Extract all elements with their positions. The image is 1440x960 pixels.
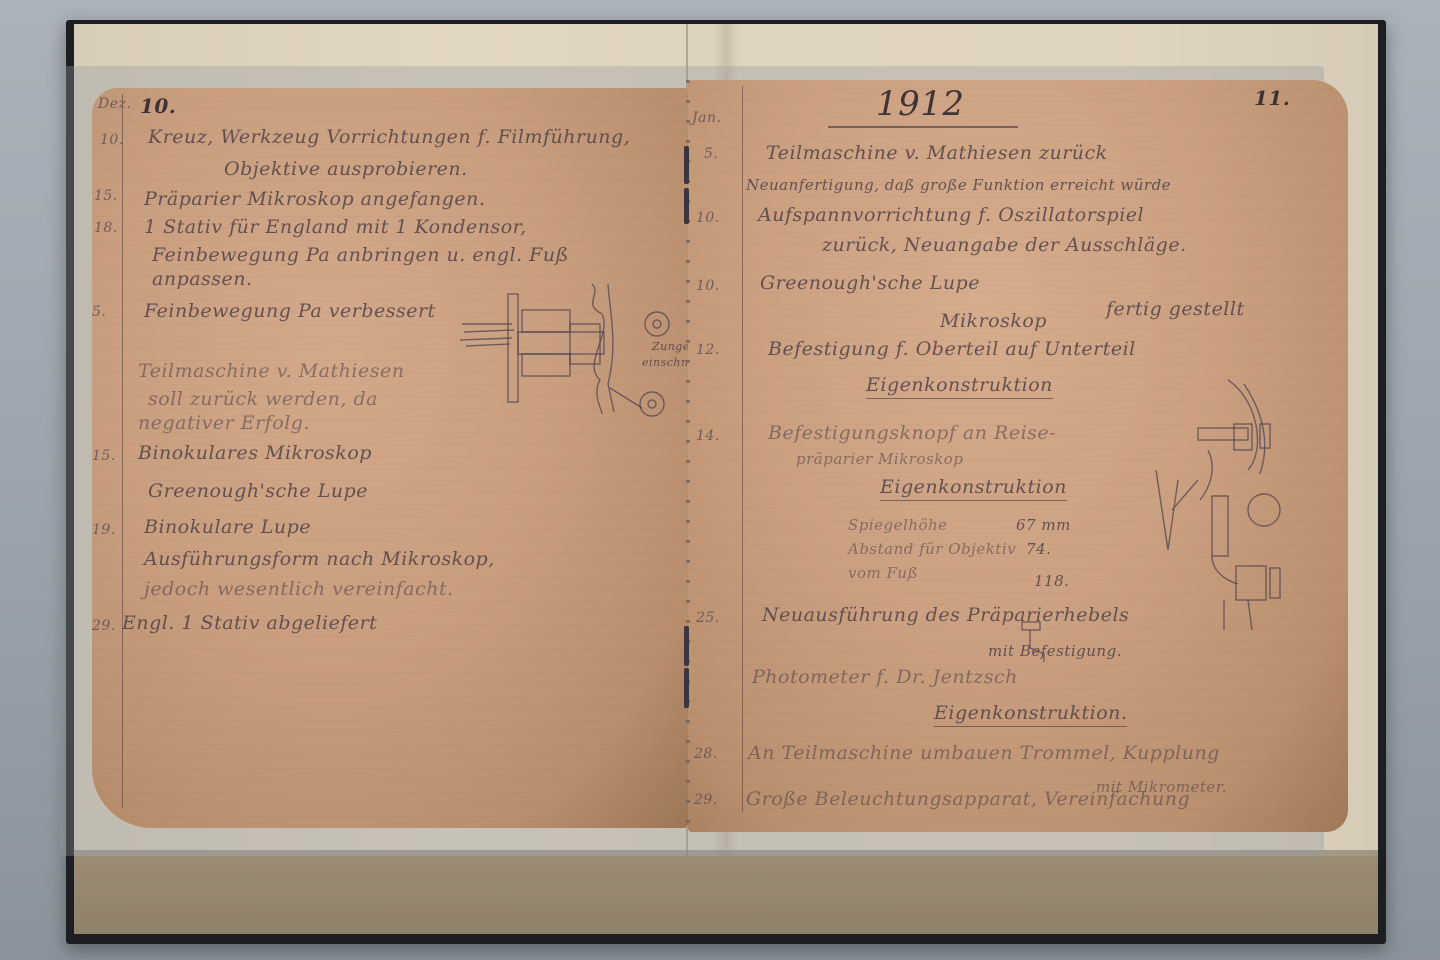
entry-line: Binokulare Lupe xyxy=(144,516,311,538)
notebook-page-left: Dez. 10. 10. Kreuz, Werkzeug Vorrichtung… xyxy=(92,88,688,828)
entry-date: 28. xyxy=(694,746,718,762)
entry-date: 14. xyxy=(696,428,720,444)
book-page-lower-margin xyxy=(74,856,1378,934)
entry-date: 29. xyxy=(694,792,718,808)
entry-date: 18. xyxy=(94,220,118,236)
stitch-thread xyxy=(684,668,689,708)
clamp-sketch-icon xyxy=(1148,370,1328,630)
entry-note: fertig gestellt xyxy=(1106,298,1245,320)
entry-date: 15. xyxy=(92,448,116,464)
month-label: Jan. xyxy=(692,110,721,126)
entry-line: Neuanfertigung, daß große Funktion errei… xyxy=(746,176,1171,194)
entry-date: 29. xyxy=(92,618,116,634)
entry-line: Neuausführung des Präparierhebels xyxy=(762,604,1129,626)
entry-date: 15. xyxy=(94,188,118,204)
entry-line: zurück, Neuangabe der Ausschläge. xyxy=(822,234,1187,256)
measurement-label: Abstand für Objektiv xyxy=(848,540,1016,558)
sketch-annotation: Zunge xyxy=(652,340,688,353)
entry-date: 10. xyxy=(696,278,720,294)
entry-line: Photometer f. Dr. Jentzsch xyxy=(752,666,1018,688)
entry-line: anpassen. xyxy=(152,268,253,290)
entry-line: Engl. 1 Stativ abgeliefert xyxy=(122,612,377,634)
year-underline xyxy=(828,126,1018,128)
entry-line: Befestigungsknopf an Reise- xyxy=(768,422,1056,444)
entry-date: 5. xyxy=(92,304,106,320)
entry-line: Eigenkonstruktion. xyxy=(934,702,1127,727)
entry-date: 5. xyxy=(704,146,718,162)
lever-sketch-icon xyxy=(1018,620,1058,670)
entry-line: Binokulares Mikroskop xyxy=(138,442,372,464)
entry-line: Befestigung f. Oberteil auf Unterteil xyxy=(768,338,1136,360)
year-heading: 1912 xyxy=(876,84,965,124)
entry-line: Kreuz, Werkzeug Vorrichtungen f. Filmfüh… xyxy=(148,126,630,148)
measurement-value: 118. xyxy=(1034,572,1069,590)
entry-line: Eigenkonstruktion xyxy=(866,374,1053,399)
entry-line: Teilmaschine v. Mathiesen zurück xyxy=(766,142,1108,164)
margin-rule xyxy=(742,86,743,812)
entry-date: 25. xyxy=(696,610,720,626)
entry-line: Greenough'sche Lupe xyxy=(148,480,368,502)
entry-line: Greenough'sche Lupe xyxy=(760,272,980,294)
notebook-page-right: Jan. 1912 11. 5. Teilmaschine v. Mathies… xyxy=(688,80,1348,832)
margin-rule xyxy=(122,94,123,808)
entry-line: Mikroskop xyxy=(940,310,1047,332)
entry-line: Große Beleuchtungsapparat, Vereinfachung xyxy=(746,788,1190,810)
measurement-value: 67 mm xyxy=(1016,516,1071,534)
stitch-thread xyxy=(684,146,689,184)
measurement-label: Spiegelhöhe xyxy=(848,516,948,534)
entry-line: Teilmaschine v. Mathiesen xyxy=(138,360,404,382)
page-number: 10. xyxy=(140,94,176,118)
entry-line: Objektive ausprobieren. xyxy=(224,158,468,180)
stitch-thread xyxy=(684,626,689,666)
entry-line: An Teilmaschine umbauen Trommel, Kupplun… xyxy=(748,742,1220,764)
measurement-label: vom Fuß xyxy=(848,564,918,582)
entry-line: Ausführungsform nach Mikroskop, xyxy=(144,548,495,570)
entry-line: soll zurück werden, da xyxy=(148,388,378,410)
entry-date: 19. xyxy=(92,522,116,538)
stitch-thread xyxy=(684,188,689,224)
entry-line: negativer Erfolg. xyxy=(138,412,310,434)
entry-line: Eigenkonstruktion xyxy=(880,476,1067,501)
entry-date: 10. xyxy=(696,210,720,226)
photo-scene: Dez. 10. 10. Kreuz, Werkzeug Vorrichtung… xyxy=(0,0,1440,960)
entry-line: Feinbewegung Pa anbringen u. engl. Fuß xyxy=(152,244,569,266)
month-label: Dez. xyxy=(98,96,131,112)
entry-line: präparier Mikroskop xyxy=(796,450,963,468)
page-number: 11. xyxy=(1254,86,1290,110)
entry-date: 12. xyxy=(696,342,720,358)
entry-line: Feinbewegung Pa verbessert xyxy=(144,300,436,322)
entry-line: Aufspannvorrichtung f. Oszillatorspiel xyxy=(758,204,1144,226)
measurement-value: 74. xyxy=(1026,540,1051,558)
sketch-annotation: einschneiden xyxy=(642,356,688,369)
entry-line: Präparier Mikroskop angefangen. xyxy=(144,188,485,210)
entry-line: 1 Stativ für England mit 1 Kondensor, xyxy=(144,216,527,238)
mechanism-sketch-icon xyxy=(452,284,682,424)
entry-line: jedoch wesentlich vereinfacht. xyxy=(144,578,454,600)
entry-date: 10. xyxy=(100,132,124,148)
